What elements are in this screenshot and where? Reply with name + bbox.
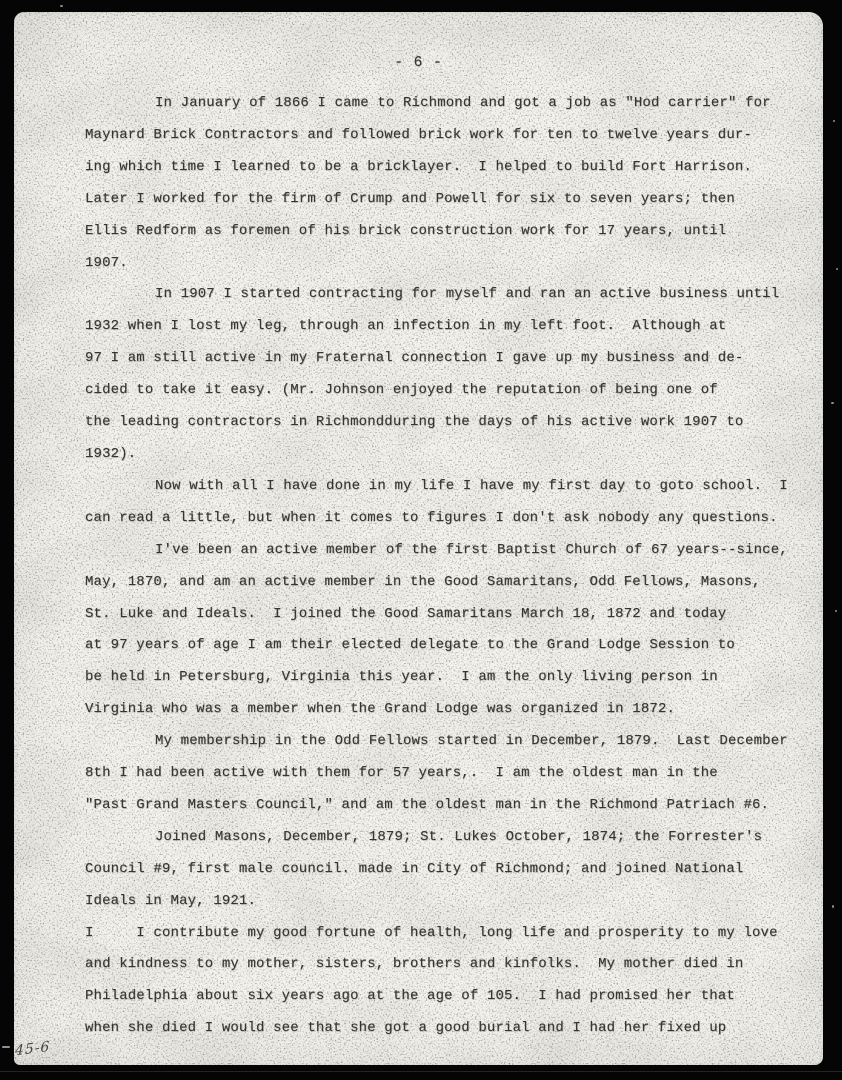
page-number: - 6 -	[14, 55, 823, 71]
film-dust-speck	[832, 905, 834, 908]
film-dust-speck	[835, 610, 837, 612]
text-line: and kindness to my mother, sisters, brot…	[85, 949, 795, 981]
text-line: be held in Petersburg, Virginia this yea…	[85, 662, 795, 694]
paper-sheet: - 6 - In January of 1866 I came to Richm…	[14, 12, 823, 1065]
text-line: 8th I had been active with them for 57 y…	[85, 758, 795, 790]
text-line: In January of 1866 I came to Richmond an…	[85, 88, 795, 120]
text-line: Joined Masons, December, 1879; St. Lukes…	[85, 822, 795, 854]
text-line: I've been an active member of the first …	[85, 535, 795, 567]
text-line: 97 I am still active in my Fraternal con…	[85, 343, 795, 375]
scanned-document-page: - 6 - In January of 1866 I came to Richm…	[0, 0, 842, 1080]
text-line: Now with all I have done in my life I ha…	[85, 471, 795, 503]
text-line: Ellis Redform as foremen of his brick co…	[85, 216, 795, 248]
text-line: My membership in the Odd Fellows started…	[85, 726, 795, 758]
text-line: In 1907 I started contracting for myself…	[85, 279, 795, 311]
document-body: In January of 1866 I came to Richmond an…	[85, 88, 795, 1045]
text-line: Council #9, first male council. made in …	[85, 854, 795, 886]
text-line: Ideals in May, 1921.	[85, 886, 795, 918]
text-line: St. Luke and Ideals. I joined the Good S…	[85, 599, 795, 631]
film-edge-line	[0, 1071, 842, 1072]
text-line: 1907.	[85, 248, 795, 280]
text-line: I I contribute my good fortune of health…	[85, 918, 795, 950]
text-line: 1932).	[85, 439, 795, 471]
text-line: Maynard Brick Contractors and followed b…	[85, 120, 795, 152]
film-dust-speck	[2, 1046, 10, 1048]
text-line: cided to take it easy. (Mr. Johnson enjo…	[85, 375, 795, 407]
film-dust-speck	[833, 120, 835, 122]
text-line: the leading contractors in Richmonddurin…	[85, 407, 795, 439]
text-line: "Past Grand Masters Council," and am the…	[85, 790, 795, 822]
text-line: when she died I would see that she got a…	[85, 1013, 795, 1045]
text-line: can read a little, but when it comes to …	[85, 503, 795, 535]
text-line: Virginia who was a member when the Grand…	[85, 694, 795, 726]
film-dust-speck	[836, 268, 838, 270]
text-line: Later I worked for the firm of Crump and…	[85, 184, 795, 216]
text-line: at 97 years of age I am their elected de…	[85, 630, 795, 662]
text-line: 1932 when I lost my leg, through an infe…	[85, 311, 795, 343]
film-dust-speck	[60, 5, 63, 7]
text-line: ing which time I learned to be a brickla…	[85, 152, 795, 184]
text-line: Philadelphia about six years ago at the …	[85, 981, 795, 1013]
text-line: May, 1870, and am an active member in th…	[85, 567, 795, 599]
film-dust-speck	[831, 402, 834, 404]
